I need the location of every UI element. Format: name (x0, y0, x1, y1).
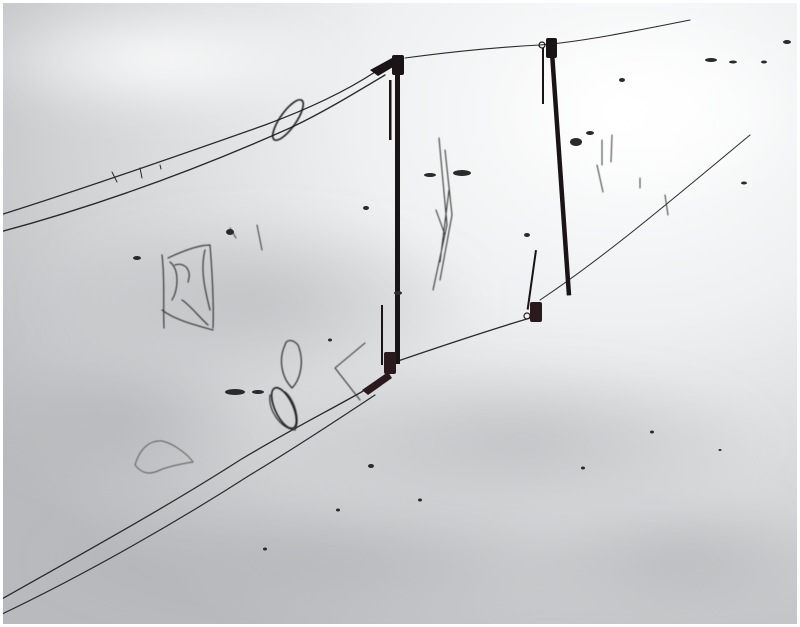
debris-speck (133, 256, 141, 260)
debris-speck (761, 61, 767, 64)
photograph: Black-and-white photograph of a wire fen… (0, 0, 800, 627)
debris-speck (619, 78, 625, 82)
debris-speck (394, 291, 402, 295)
debris-speck (252, 390, 264, 394)
debris-speck (650, 431, 654, 434)
debris-speck (719, 449, 722, 451)
debris-speck (586, 131, 594, 135)
debris-speck (263, 548, 267, 551)
debris-speck (226, 229, 234, 235)
debris-speck (705, 58, 717, 62)
debris-speck (418, 499, 422, 502)
water-reflection-scene (0, 0, 800, 627)
debris-speck (453, 170, 471, 176)
debris-speck (570, 138, 582, 146)
debris-speck (581, 467, 585, 470)
debris-speck (741, 182, 747, 185)
debris-speck (363, 206, 369, 210)
debris-speck (336, 509, 340, 512)
debris-speck (729, 61, 737, 64)
debris-speck (783, 40, 791, 44)
debris-speck (328, 339, 332, 342)
debris-speck (524, 233, 530, 237)
debris-speck (368, 464, 374, 468)
debris-speck (225, 389, 245, 395)
debris-speck (424, 173, 436, 177)
